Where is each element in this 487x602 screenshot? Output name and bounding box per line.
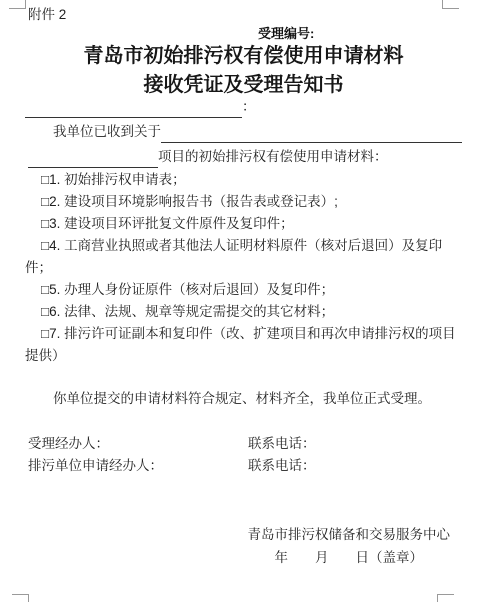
project-name-blank-field-1[interactable]: [161, 127, 462, 143]
project-name-blank-field-2[interactable]: [28, 152, 158, 168]
checkbox-icon[interactable]: □: [41, 172, 49, 187]
checklist-item-label: 5. 办理人身份证原件（核对后退回）及复印件；: [49, 282, 334, 297]
signoff-organization: 青岛市排污权储备和交易服务中心: [248, 523, 451, 546]
case-number-label: 受理编号:: [258, 26, 314, 42]
checklist-item-label: 3. 建设项目环评批复文件原件及复印件；: [49, 216, 294, 231]
document-title-line2: 接收凭证及受理告知书: [0, 74, 487, 96]
addressee-line: ：: [25, 96, 462, 118]
checkbox-icon[interactable]: □: [41, 238, 49, 253]
signoff-date-line: 年 月 日（盖章）: [248, 546, 451, 569]
crop-mark-top-left-icon: [9, 0, 26, 9]
checklist-item-1: □1. 初始排污权申请表；: [25, 169, 462, 191]
applicant-label: 排污单位申请经办人：: [28, 455, 163, 477]
checklist-item-label: 6. 法律、法规、规章等规定需提交的其它材料；: [49, 304, 334, 319]
checklist-item-label: 7. 排污许可证副本和复印件（改、扩建项目和再次申请排污权的项目提供）: [25, 326, 456, 363]
addressee-colon: ：: [242, 99, 256, 114]
project-suffix-text: 项目的初始排污权有偿使用申请材料：: [158, 149, 388, 164]
acceptance-statement: 你单位提交的申请材料符合规定、材料齐全，我单位正式受理。: [25, 388, 462, 410]
handler-phone-label: 联系电话：: [248, 433, 316, 455]
checkbox-icon[interactable]: □: [41, 282, 49, 297]
checkbox-icon[interactable]: □: [41, 304, 49, 319]
handler-label: 受理经办人：: [28, 433, 109, 455]
checkbox-icon[interactable]: □: [41, 194, 49, 209]
applicant-phone-label: 联系电话：: [248, 455, 316, 477]
document-title-line1: 青岛市初始排污权有偿使用申请材料: [0, 45, 487, 67]
checklist-item-label: 4. 工商营业执照或者其他法人证明材料原件（核对后退回）及复印件；: [25, 238, 442, 275]
crop-mark-bottom-right-icon: [437, 594, 454, 602]
document-page: 附件 2 受理编号: 青岛市初始排污权有偿使用申请材料 接收凭证及受理告知书 ：…: [0, 0, 487, 602]
checklist-item-label: 2. 建设项目环境影响报告书（报告表或登记表）;: [49, 194, 338, 209]
signoff-block: 青岛市排污权储备和交易服务中心 年 月 日（盖章）: [248, 523, 451, 569]
checklist-item-7: □7. 排污许可证副本和复印件（改、扩建项目和再次申请排污权的项目提供）: [25, 323, 462, 366]
checklist-item-6: □6. 法律、法规、规章等规定需提交的其它材料；: [25, 301, 462, 323]
attachment-label: 附件 2: [28, 6, 66, 24]
crop-mark-top-right-icon: [442, 0, 459, 9]
received-line: 我单位已收到关于: [25, 121, 462, 143]
checklist-item-2: □2. 建设项目环境影响报告书（报告表或登记表）;: [25, 191, 462, 213]
checklist-item-label: 1. 初始排污权申请表；: [49, 172, 186, 187]
project-line: 项目的初始排污权有偿使用申请材料：: [25, 146, 462, 168]
checklist-item-4: □4. 工商营业执照或者其他法人证明材料原件（核对后退回）及复印件；: [25, 235, 462, 278]
checklist-item-3: □3. 建设项目环评批复文件原件及复印件；: [25, 213, 462, 235]
addressee-blank-field[interactable]: [25, 102, 242, 118]
checkbox-icon[interactable]: □: [41, 216, 49, 231]
received-prefix-text: 我单位已收到关于: [25, 121, 161, 143]
checkbox-icon[interactable]: □: [41, 326, 49, 341]
checklist-item-5: □5. 办理人身份证原件（核对后退回）及复印件；: [25, 279, 462, 301]
crop-mark-bottom-left-icon: [12, 594, 29, 602]
